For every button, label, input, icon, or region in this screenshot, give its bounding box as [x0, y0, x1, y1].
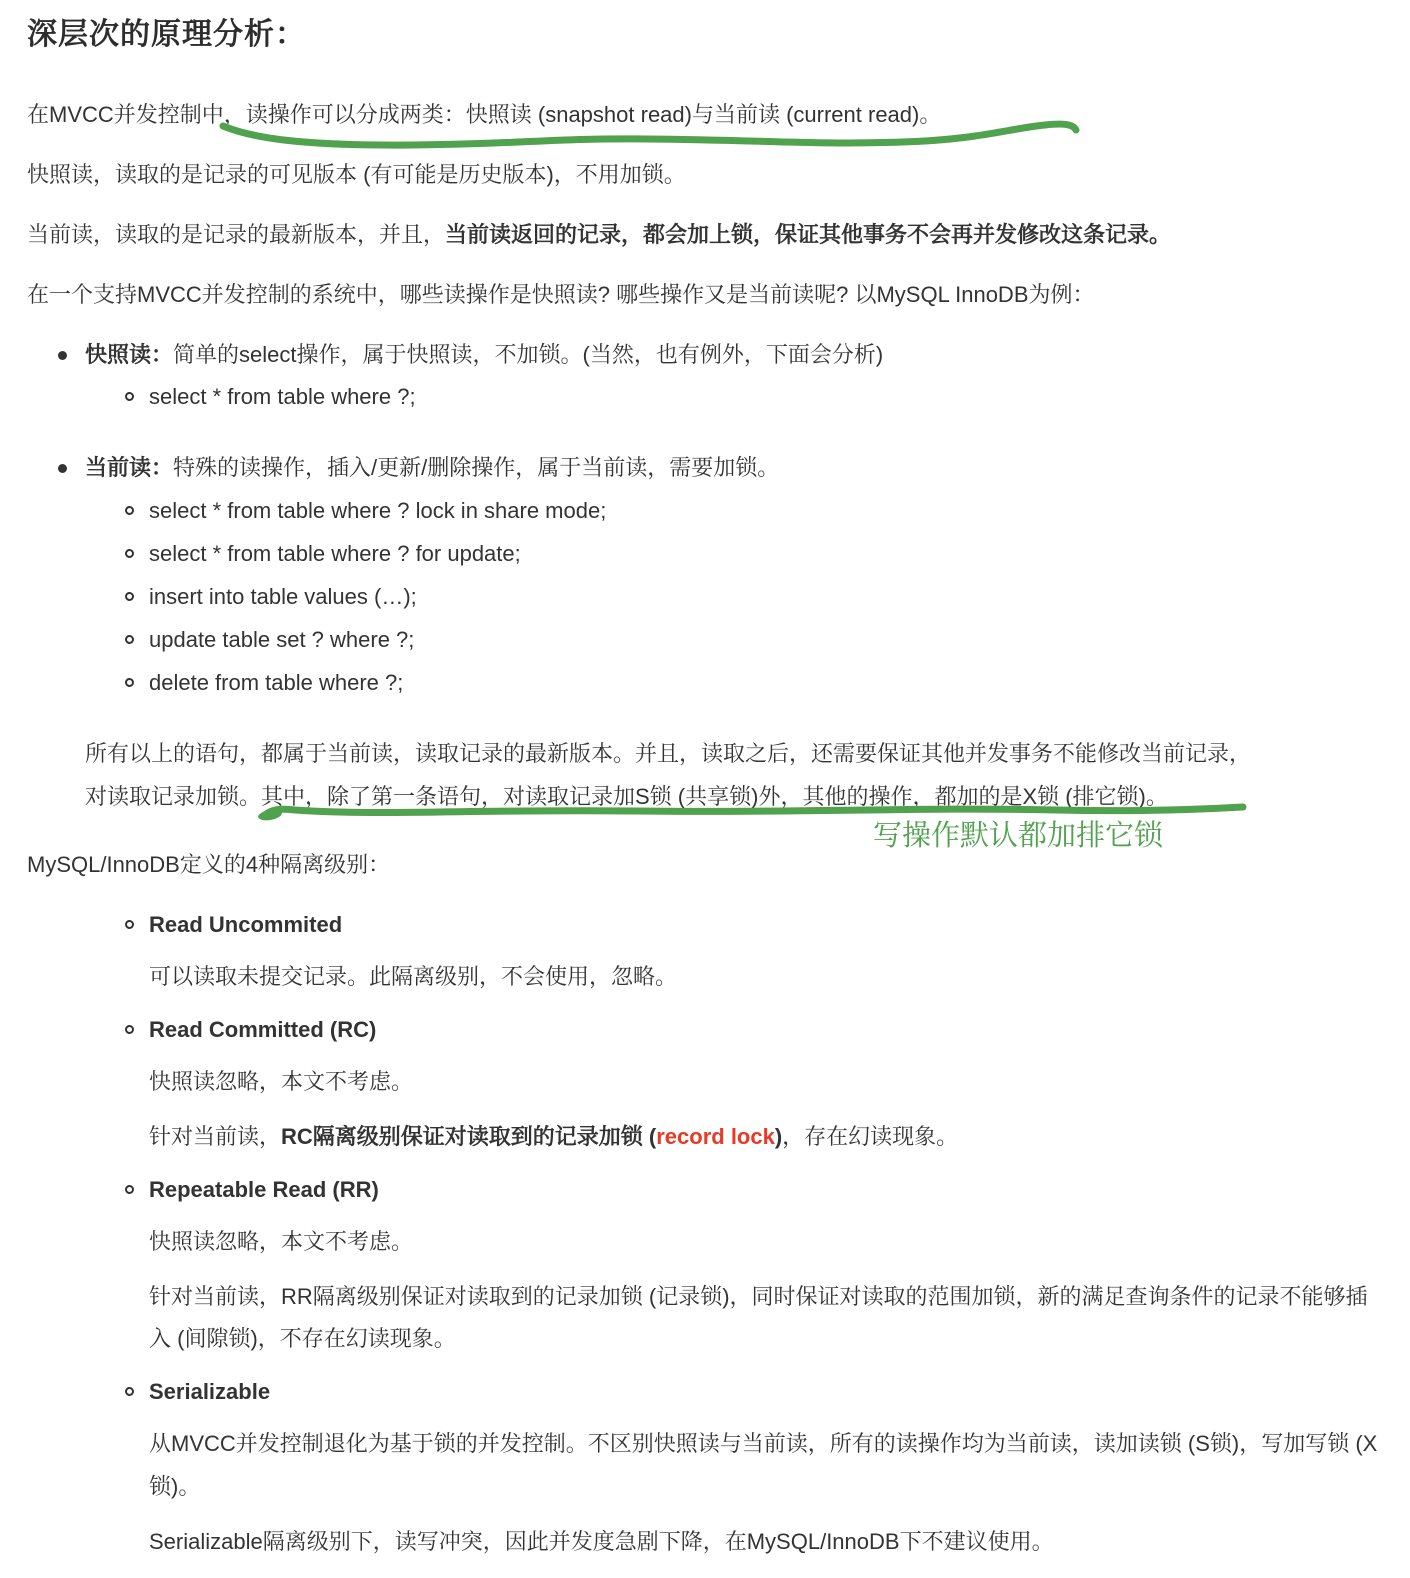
page: { "colors": { "text": "#333333", "green_… — [0, 0, 1410, 1578]
rc-paragraph-bold: RC隔离级别保证对读取到的记录加锁 ( — [281, 1124, 656, 1149]
isolation-level-body: Serializable 从MVCC并发控制退化为基于锁的并发控制。不区别快照读… — [149, 1371, 1386, 1564]
sql-statement-text: update table set ? where ?; — [149, 619, 414, 662]
sql-statement-item: select * from table where ? lock in shar… — [123, 490, 1386, 533]
intro-paragraph-2: 快照读，读取的是记录的可见版本 (有可能是历史版本)，不用加锁。 — [27, 154, 1386, 197]
sql-statement-text: select * from table where ? lock in shar… — [149, 490, 606, 533]
isolation-level-paragraph: 快照读忽略，本文不考虑。 — [149, 1061, 1386, 1104]
sql-statement-item: delete from table where ?; — [123, 662, 1386, 705]
handwritten-note: 写操作默认都加排它锁 — [873, 819, 1163, 854]
current-read-statement-list: select * from table where ? lock in shar… — [85, 490, 1386, 704]
sql-statement-text: insert into table values (…); — [149, 576, 417, 619]
isolation-level-paragraph: 可以读取未提交记录。此隔离级别，不会使用，忽略。 — [149, 956, 1386, 999]
bullet-circle-icon — [125, 1185, 134, 1194]
snapshot-read-definition: 快照读：简单的select操作，属于快照读，不加锁。(当然，也有例外，下面会分析… — [85, 334, 1386, 377]
summary-line-1: 所有以上的语句，都属于当前读，读取记录的最新版本。并且，读取之后，还需要保证其他… — [85, 733, 1386, 776]
intro-paragraph-1-text: 在MVCC并发控制中，读操作可以分成两类：快照读 (snapshot read)… — [27, 102, 941, 127]
bullet-circle-icon — [125, 506, 134, 515]
isolation-section-heading: MySQL/InnoDB定义的4种隔离级别： — [27, 844, 1386, 887]
read-type-list: 快照读：简单的select操作，属于快照读，不加锁。(当然，也有例外，下面会分析… — [27, 334, 1386, 705]
sql-statement-item: update table set ? where ?; — [123, 619, 1386, 662]
bullet-circle-icon — [125, 1025, 134, 1034]
isolation-level-name: Repeatable Read (RR) — [149, 1169, 1386, 1212]
summary-line-2: 对读取记录加锁。其中，除了第一条语句，对读取记录加S锁 (共享锁)外，其他的操作… — [85, 776, 1386, 819]
record-lock-highlight: record lock — [656, 1124, 775, 1149]
intro-paragraph-2-text: 快照读，读取的是记录的可见版本 (有可能是历史版本)，不用加锁。 — [27, 162, 686, 187]
sql-statement-item: select * from table where ?; — [123, 376, 1386, 419]
sql-statement-text: select * from table where ? for update; — [149, 533, 521, 576]
sql-statement-text: delete from table where ?; — [149, 662, 403, 705]
bullet-circle-icon — [125, 549, 134, 558]
bullet-circle-icon — [125, 392, 134, 401]
intro-paragraph-3-regular: 当前读，读取的是记录的最新版本，并且， — [27, 222, 445, 247]
bullet-circle-icon — [125, 920, 134, 929]
isolation-level-paragraph: 快照读忽略，本文不考虑。 — [149, 1221, 1386, 1264]
isolation-level-repeatable-read: Repeatable Read (RR) 快照读忽略，本文不考虑。 针对当前读，… — [123, 1169, 1386, 1362]
list-item-current-read: 当前读：特殊的读操作，插入/更新/删除操作，属于当前读，需要加锁。 select… — [58, 447, 1386, 704]
isolation-level-serializable: Serializable 从MVCC并发控制退化为基于锁的并发控制。不区别快照读… — [123, 1371, 1386, 1564]
isolation-level-read-uncommitted: Read Uncommited 可以读取未提交记录。此隔离级别，不会使用，忽略。 — [123, 904, 1386, 999]
page-title: 深层次的原理分析： — [27, 14, 1386, 56]
isolation-level-name: Serializable — [149, 1371, 1386, 1414]
bullet-disc-icon — [58, 464, 67, 473]
sql-statement-item: select * from table where ? for update; — [123, 533, 1386, 576]
summary-paragraph: 所有以上的语句，都属于当前读，读取记录的最新版本。并且，读取之后，还需要保证其他… — [85, 733, 1386, 819]
isolation-level-body: Repeatable Read (RR) 快照读忽略，本文不考虑。 针对当前读，… — [149, 1169, 1386, 1362]
sql-statement-item: insert into table values (…); — [123, 576, 1386, 619]
isolation-level-read-committed: Read Committed (RC) 快照读忽略，本文不考虑。 针对当前读，R… — [123, 1009, 1386, 1159]
list-item-snapshot-read: 快照读：简单的select操作，属于快照读，不加锁。(当然，也有例外，下面会分析… — [58, 334, 1386, 420]
isolation-level-paragraph: 针对当前读，RC隔离级别保证对读取到的记录加锁 (record lock)，存在… — [149, 1116, 1386, 1159]
intro-paragraph-4: 在一个支持MVCC并发控制的系统中，哪些读操作是快照读? 哪些操作又是当前读呢?… — [27, 274, 1386, 317]
isolation-level-paragraph: 从MVCC并发控制退化为基于锁的并发控制。不区别快照读与当前读，所有的读操作均为… — [149, 1423, 1386, 1509]
current-read-definition: 当前读：特殊的读操作，插入/更新/删除操作，属于当前读，需要加锁。 — [85, 447, 1386, 490]
isolation-level-paragraph: Serializable隔离级别下，读写冲突，因此并发度急剧下降，在MySQL/… — [149, 1521, 1386, 1564]
isolation-level-body: Read Committed (RC) 快照读忽略，本文不考虑。 针对当前读，R… — [149, 1009, 1386, 1159]
rc-paragraph-regular: 针对当前读， — [149, 1124, 281, 1149]
current-read-term: 当前读： — [85, 455, 173, 480]
snapshot-read-term: 快照读： — [85, 342, 173, 367]
current-read-desc: 特殊的读操作，插入/更新/删除操作，属于当前读，需要加锁。 — [173, 455, 779, 480]
bullet-disc-icon — [58, 351, 67, 360]
intro-paragraph-3: 当前读，读取的是记录的最新版本，并且，当前读返回的记录，都会加上锁，保证其他事务… — [27, 214, 1386, 257]
intro-paragraph-3-bold: 当前读返回的记录，都会加上锁，保证其他事务不会再并发修改这条记录。 — [445, 222, 1171, 247]
isolation-level-paragraph: 针对当前读，RR隔离级别保证对读取到的记录加锁 (记录锁)，同时保证对读取的范围… — [149, 1276, 1386, 1362]
intro-paragraph-1: 在MVCC并发控制中，读操作可以分成两类：快照读 (snapshot read)… — [27, 94, 1386, 137]
snapshot-read-item-body: 快照读：简单的select操作，属于快照读，不加锁。(当然，也有例外，下面会分析… — [85, 334, 1386, 420]
isolation-level-list: Read Uncommited 可以读取未提交记录。此隔离级别，不会使用，忽略。… — [27, 904, 1386, 1564]
isolation-level-name: Read Committed (RC) — [149, 1009, 1386, 1052]
current-read-item-body: 当前读：特殊的读操作，插入/更新/删除操作，属于当前读，需要加锁。 select… — [85, 447, 1386, 704]
intro-paragraph-4-text: 在一个支持MVCC并发控制的系统中，哪些读操作是快照读? 哪些操作又是当前读呢?… — [27, 282, 1095, 307]
rc-paragraph-tail: ，存在幻读现象。 — [782, 1124, 958, 1149]
snapshot-read-statement-list: select * from table where ?; — [85, 376, 1386, 419]
bullet-circle-icon — [125, 592, 134, 601]
isolation-section-heading-text: MySQL/InnoDB定义的4种隔离级别： — [27, 852, 390, 877]
bullet-circle-icon — [125, 678, 134, 687]
bullet-circle-icon — [125, 635, 134, 644]
sql-statement-text: select * from table where ?; — [149, 376, 416, 419]
isolation-level-name: Read Uncommited — [149, 904, 1386, 947]
article: 深层次的原理分析： 在MVCC并发控制中，读操作可以分成两类：快照读 (snap… — [27, 14, 1386, 1564]
bullet-circle-icon — [125, 1387, 134, 1396]
isolation-level-body: Read Uncommited 可以读取未提交记录。此隔离级别，不会使用，忽略。 — [149, 904, 1386, 999]
snapshot-read-desc: 简单的select操作，属于快照读，不加锁。(当然，也有例外，下面会分析) — [173, 342, 883, 367]
